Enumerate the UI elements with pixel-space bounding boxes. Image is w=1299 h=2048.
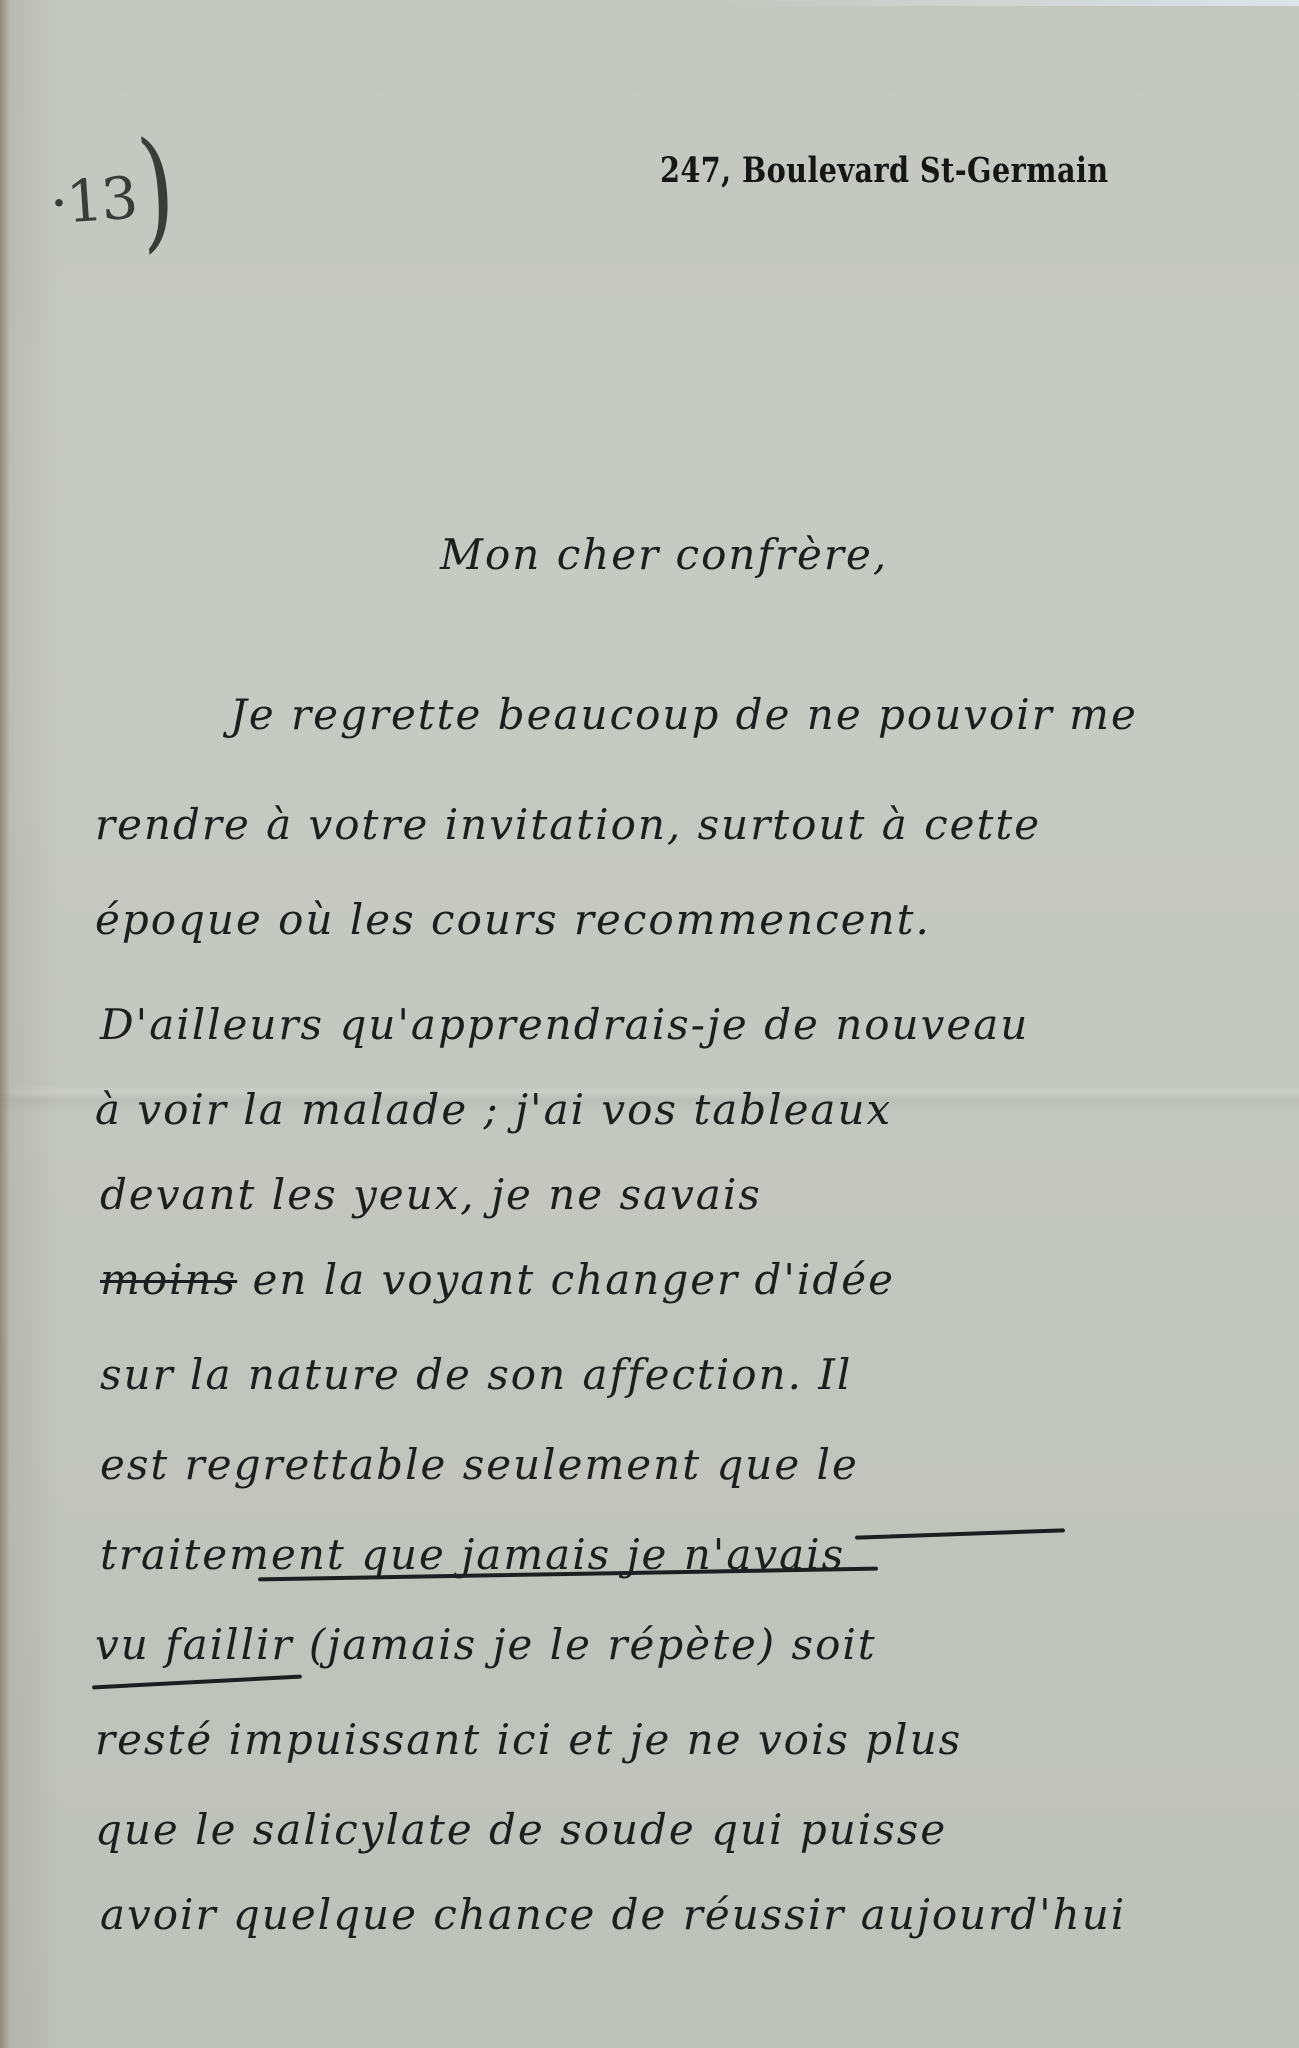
underline-continuation	[855, 1528, 1065, 1539]
body-line-8: sur la nature de son affection. Il	[100, 1350, 852, 1399]
struck-word: moins	[100, 1255, 237, 1304]
paper-left-edge	[0, 0, 10, 2048]
body-line-7-text: en la voyant changer d'idée	[253, 1255, 895, 1304]
body-line-13: que le salicylate de soude qui puisse	[95, 1805, 947, 1854]
body-line-6: devant les yeux, je ne savais	[100, 1170, 762, 1219]
letter-sheet: ·13) 247, Boulevard St-Germain Mon cher …	[0, 0, 1299, 2048]
body-line-1: Je regrette beaucoup de ne pouvoir me	[230, 690, 1138, 739]
folio-number: ·13)	[43, 94, 184, 255]
body-line-9: est regrettable seulement que le	[100, 1440, 859, 1489]
folio-parenthesis: )	[133, 112, 178, 266]
body-line-2: rendre à votre invitation, surtout à cet…	[95, 800, 1041, 849]
body-line-11: vu faillir (jamais je le répète) soit	[95, 1620, 877, 1669]
body-line-3: époque où les cours recommencent.	[95, 895, 931, 944]
folio-number-text: ·13	[48, 164, 139, 238]
salutation: Mon cher confrère,	[440, 530, 888, 579]
body-line-14: avoir quelque chance de réussir aujourd'…	[100, 1890, 1126, 1939]
underline-vu-faillir	[92, 1675, 302, 1690]
body-line-7: moins en la voyant changer d'idée	[100, 1255, 895, 1304]
letterhead-address: 247, Boulevard St-Germain	[660, 150, 1109, 191]
body-line-5: à voir la malade ; j'ai vos tableaux	[95, 1085, 892, 1134]
body-line-4: D'ailleurs qu'apprendrais-je de nouveau	[100, 1000, 1029, 1049]
body-line-12: resté impuissant ici et je ne vois plus	[95, 1715, 962, 1764]
paper-top-edge	[700, 0, 1299, 6]
